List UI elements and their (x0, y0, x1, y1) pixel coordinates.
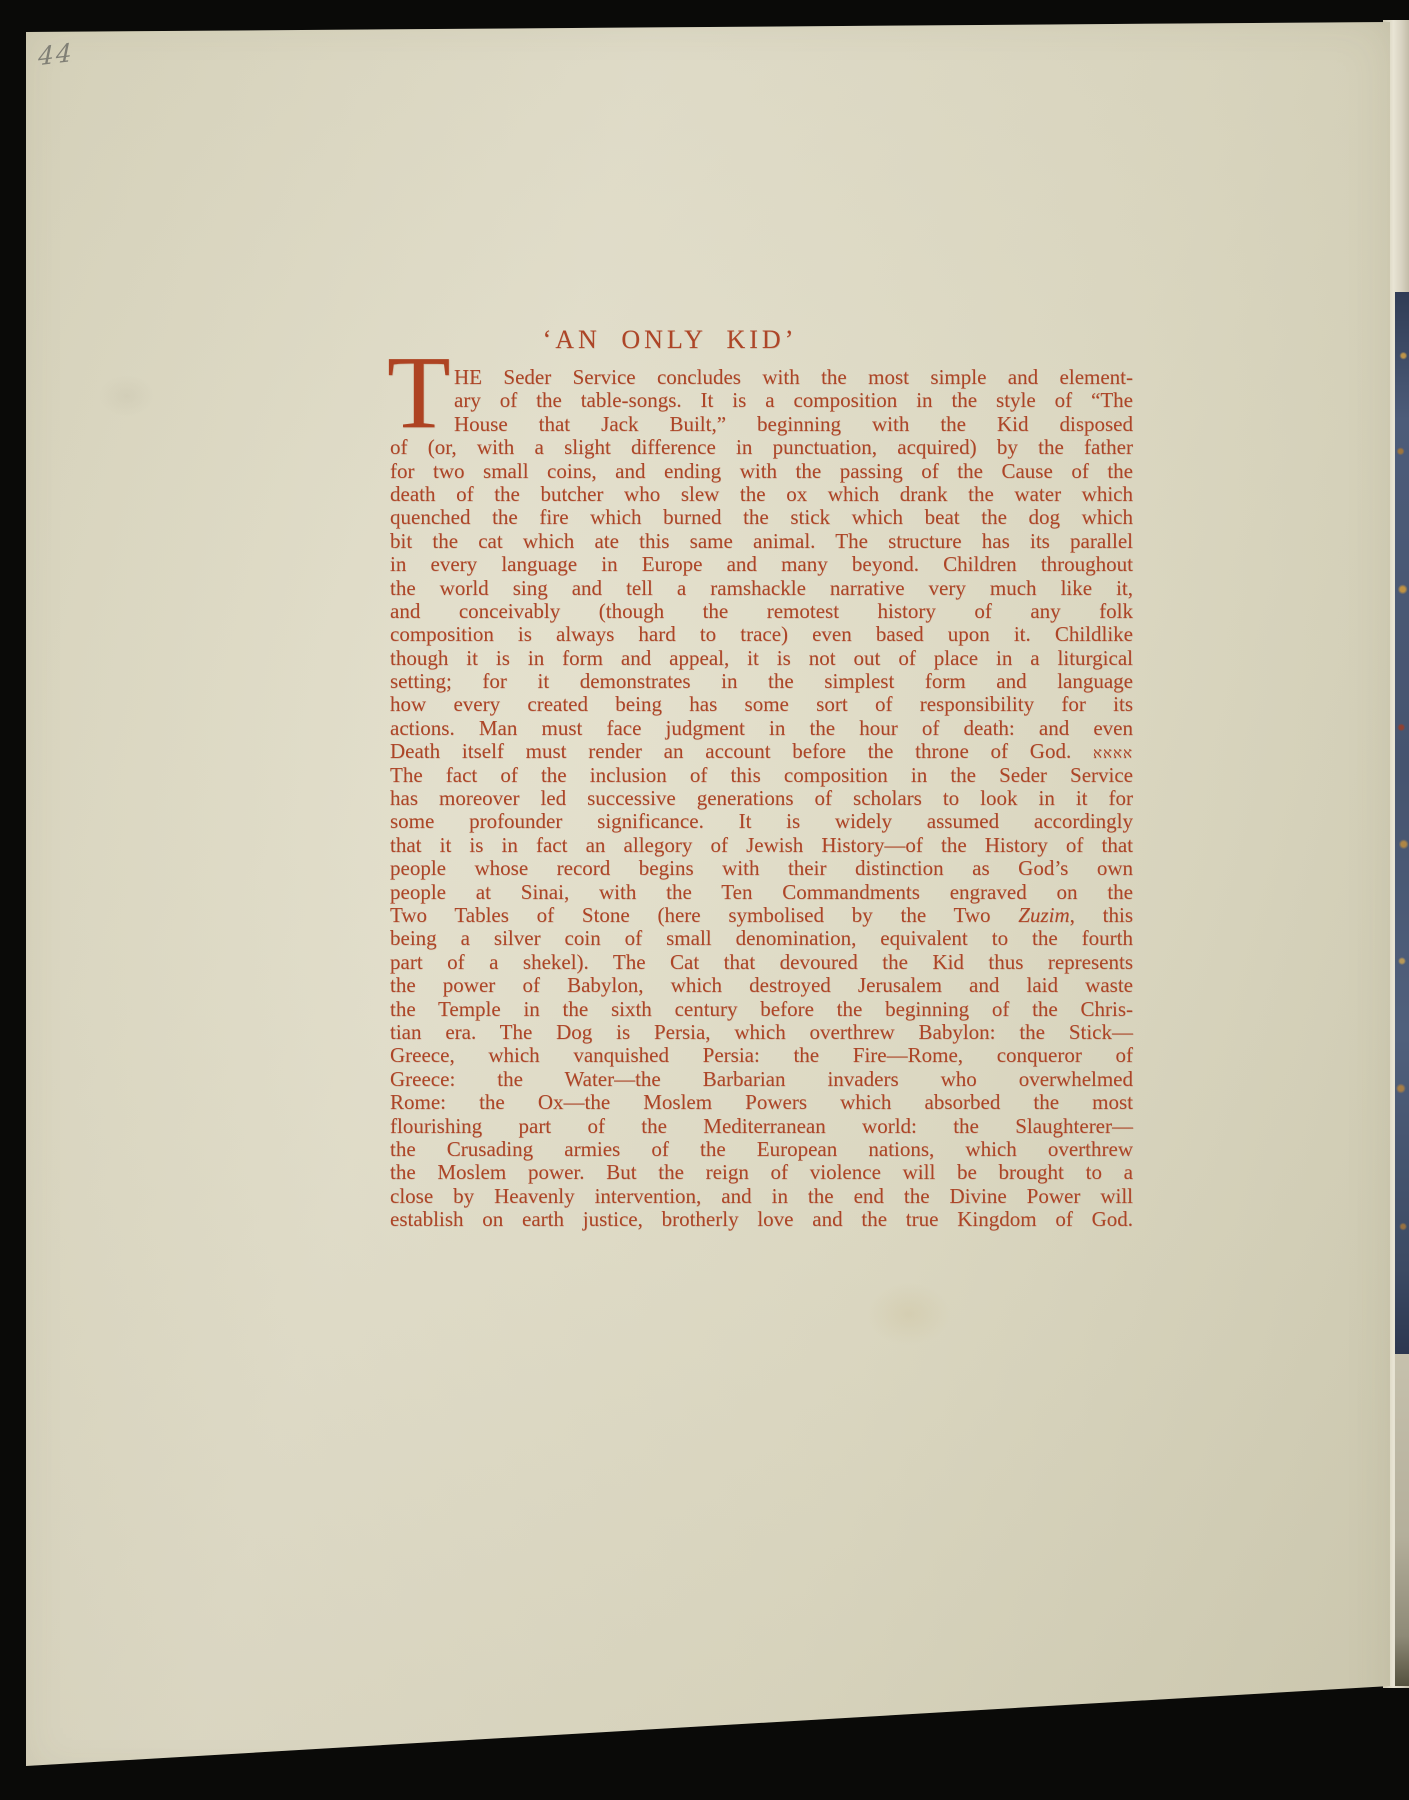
text-line: Rome: the Ox—the Moslem Powers which abs… (390, 1091, 1133, 1114)
text-line: quenched the fire which burned the stick… (390, 506, 1133, 529)
text-segment: close by Heavenly intervention, and in t… (390, 1184, 1133, 1208)
text-line: the Crusading armies of the European nat… (390, 1138, 1133, 1161)
text-segment: The fact of the inclusion of this compos… (390, 763, 1133, 787)
text-segment: HE Seder Service concludes with the most… (454, 365, 1133, 389)
text-segment: tian era. The Dog is Persia, which overt… (390, 1020, 1133, 1044)
text-line: of (or, with a slight difference in punc… (390, 436, 1133, 459)
text-line: the power of Babylon, which destroyed Je… (390, 974, 1133, 997)
text-segment: some profounder significance. It is wide… (390, 809, 1133, 833)
text-line: tian era. The Dog is Persia, which overt… (390, 1021, 1133, 1044)
text-line: people at Sinai, with the Ten Commandmen… (390, 881, 1133, 904)
text-segment: setting; for it demonstrates in the simp… (390, 669, 1133, 693)
text-line: that it is in fact an allegory of Jewish… (390, 834, 1133, 857)
text-line: the world sing and tell a ramshackle nar… (390, 577, 1133, 600)
text-line: the Temple in the sixth century before t… (390, 998, 1133, 1021)
text-segment: Rome: the Ox—the Moslem Powers which abs… (390, 1090, 1133, 1114)
text-segment: and conceivably (though the remotest his… (390, 599, 1133, 623)
text-line: House that Jack Built,” beginning with t… (390, 413, 1133, 436)
text-line: and conceivably (though the remotest his… (390, 600, 1133, 623)
text-segment: bit the cat which ate this same animal. … (390, 529, 1133, 553)
text-segment: quenched the fire which burned the stick… (390, 505, 1133, 529)
scanned-book-photo: 44 ‘AN ONLY KID’ T HE Seder Service conc… (0, 0, 1409, 1800)
text-line: people whose record begins with their di… (390, 857, 1133, 880)
paragraph-lines: HE Seder Service concludes with the most… (390, 366, 1133, 1231)
page-edge-shadow (1395, 1354, 1409, 1686)
text-line: bit the cat which ate this same animal. … (390, 530, 1133, 553)
text-segment: Death itself must render an account befo… (390, 739, 1093, 763)
text-segment: how every created being has some sort of… (390, 692, 1133, 716)
text-line: in every language in Europe and many bey… (390, 553, 1133, 576)
text-line: the Moslem power. But the reign of viole… (390, 1161, 1133, 1184)
text-line: how every created being has some sort of… (390, 693, 1133, 716)
text-segment: , this (1070, 903, 1133, 927)
text-segment: that it is in fact an allegory of Jewish… (390, 833, 1133, 857)
text-segment: flourishing part of the Mediterranean wo… (390, 1114, 1133, 1138)
text-line: actions. Man must face judgment in the h… (390, 717, 1133, 740)
text-line: The fact of the inclusion of this compos… (390, 764, 1133, 787)
text-segment: actions. Man must face judgment in the h… (390, 716, 1133, 740)
text-line: though it is in form and appeal, it is n… (390, 647, 1133, 670)
handwritten-folio-number: 44 (38, 38, 74, 72)
text-segment: death of the butcher who slew the ox whi… (390, 482, 1133, 506)
text-line: Death itself must render an account befo… (390, 740, 1133, 763)
hebrew-line-filler-ornament: אאאא (1093, 746, 1133, 762)
text-segment: establish on earth justice, brotherly lo… (390, 1207, 1133, 1231)
text-line: HE Seder Service concludes with the most… (390, 366, 1133, 389)
page-title: ‘AN ONLY KID’ (390, 325, 950, 355)
text-line: some profounder significance. It is wide… (390, 810, 1133, 833)
text-line: setting; for it demonstrates in the simp… (390, 670, 1133, 693)
text-segment: the Temple in the sixth century before t… (390, 997, 1133, 1021)
text-line: flourishing part of the Mediterranean wo… (390, 1115, 1133, 1138)
text-segment: Greece: the Water—the Barbarian invaders… (390, 1067, 1133, 1091)
text-segment: for two small coins, and ending with the… (390, 459, 1133, 483)
next-page-illumination-sliver (1395, 292, 1409, 1354)
text-segment: ary of the table-songs. It is a composit… (454, 388, 1133, 412)
text-line: part of a shekel). The Cat that devoured… (390, 951, 1133, 974)
text-segment: the Moslem power. But the reign of viole… (390, 1160, 1133, 1184)
text-line: Greece, which vanquished Persia: the Fir… (390, 1044, 1133, 1067)
text-segment: though it is in form and appeal, it is n… (390, 646, 1133, 670)
text-segment: composition is always hard to trace) eve… (390, 622, 1133, 646)
text-segment: in every language in Europe and many bey… (390, 552, 1133, 576)
text-line: Greece: the Water—the Barbarian invaders… (390, 1068, 1133, 1091)
text-segment: the world sing and tell a ramshackle nar… (390, 576, 1133, 600)
text-line: for two small coins, and ending with the… (390, 460, 1133, 483)
text-segment: being a silver coin of small denominatio… (390, 926, 1133, 950)
text-segment: House that Jack Built,” beginning with t… (454, 412, 1133, 436)
text-line: ary of the table-songs. It is a composit… (390, 389, 1133, 412)
text-segment: Zuzim (1018, 903, 1069, 927)
text-segment: Two Tables of Stone (here symbolised by … (390, 903, 1018, 927)
text-segment: Greece, which vanquished Persia: the Fir… (390, 1043, 1133, 1067)
text-line: establish on earth justice, brotherly lo… (390, 1208, 1133, 1231)
text-segment: people at Sinai, with the Ten Commandmen… (390, 880, 1133, 904)
text-line: death of the butcher who slew the ox whi… (390, 483, 1133, 506)
text-segment: part of a shekel). The Cat that devoured… (390, 950, 1133, 974)
text-segment: people whose record begins with their di… (390, 856, 1133, 880)
text-segment: the power of Babylon, which destroyed Je… (390, 973, 1133, 997)
text-line: has moreover led successive generations … (390, 787, 1133, 810)
text-line: Two Tables of Stone (here symbolised by … (390, 904, 1133, 927)
text-line: composition is always hard to trace) eve… (390, 623, 1133, 646)
text-segment: of (or, with a slight difference in punc… (390, 435, 1133, 459)
text-segment: has moreover led successive generations … (390, 786, 1133, 810)
text-line: being a silver coin of small denominatio… (390, 927, 1133, 950)
text-segment: the Crusading armies of the European nat… (390, 1137, 1133, 1161)
text-line: close by Heavenly intervention, and in t… (390, 1185, 1133, 1208)
